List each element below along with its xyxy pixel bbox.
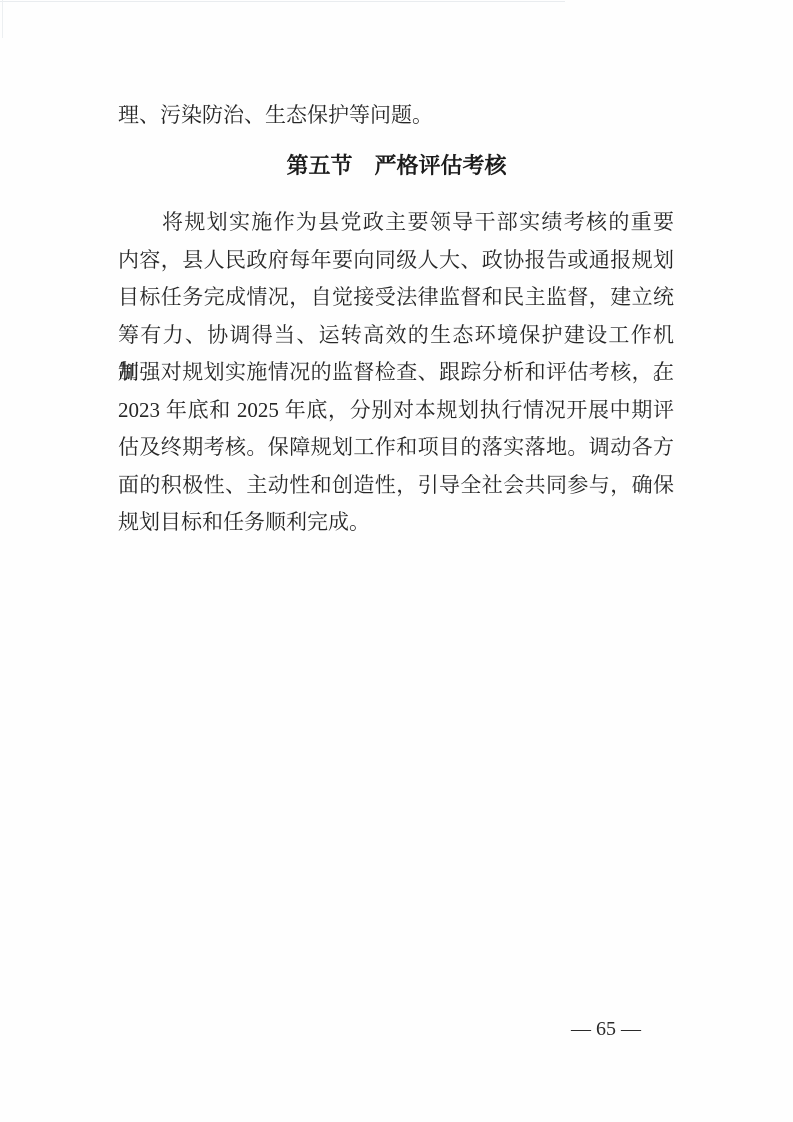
body-line: 面的积极性、主动性和创造性，引导全社会共同参与，确保 xyxy=(118,467,674,505)
body-line: 目标任务完成情况，自觉接受法律监督和民主监督，建立统 xyxy=(118,279,674,317)
body-paragraph: 将规划实施作为县党政主要领导干部实绩考核的重要 内容，县人民政府每年要向同级人大… xyxy=(118,204,674,542)
section-heading: 第五节 严格评估考核 xyxy=(0,150,793,182)
body-line: 估及终期考核。保障规划工作和项目的落实落地。调动各方 xyxy=(118,429,674,467)
scan-edge-artifact-left xyxy=(2,0,3,38)
body-line: 规划目标和任务顺利完成。 xyxy=(118,504,674,542)
body-line: 内容，县人民政府每年要向同级人大、政协报告或通报规划 xyxy=(118,242,674,280)
paragraph-continuation-line: 理、污染防治、生态保护等问题。 xyxy=(118,100,674,130)
page-number: — 65 — xyxy=(560,1016,652,1042)
document-page: 理、污染防治、生态保护等问题。 第五节 严格评估考核 将规划实施作为县党政主要领… xyxy=(0,0,793,1122)
body-line: 加强对规划实施情况的监督检查、跟踪分析和评估考核，在 xyxy=(118,354,674,392)
body-line: 筹有力、协调得当、运转高效的生态环境保护建设工作机制。 xyxy=(118,317,674,355)
scan-edge-artifact-top xyxy=(0,1,565,2)
body-line: 2023 年底和 2025 年底，分别对本规划执行情况开展中期评 xyxy=(118,392,674,430)
body-line: 将规划实施作为县党政主要领导干部实绩考核的重要 xyxy=(118,204,674,242)
